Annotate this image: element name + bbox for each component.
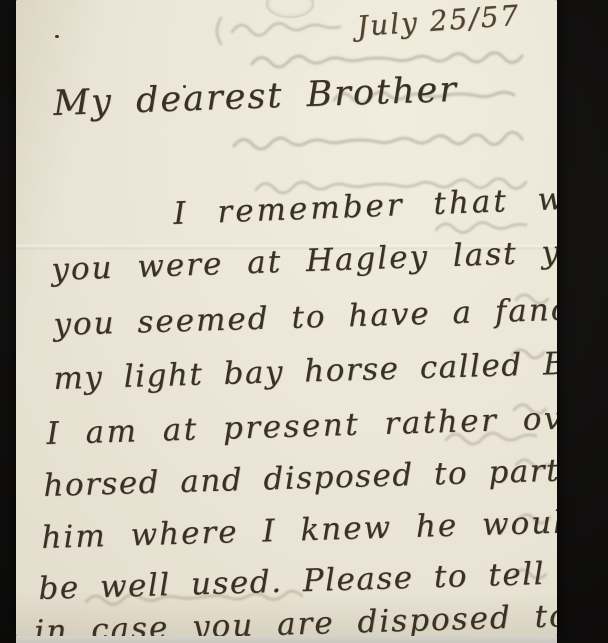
- ink-speck: [55, 35, 59, 38]
- letter-page: July 25/57 My dearest Brother I remember…: [16, 0, 557, 636]
- letter-scan: July 25/57 My dearest Brother I remember…: [0, 0, 608, 643]
- next-page-edge: [16, 636, 557, 643]
